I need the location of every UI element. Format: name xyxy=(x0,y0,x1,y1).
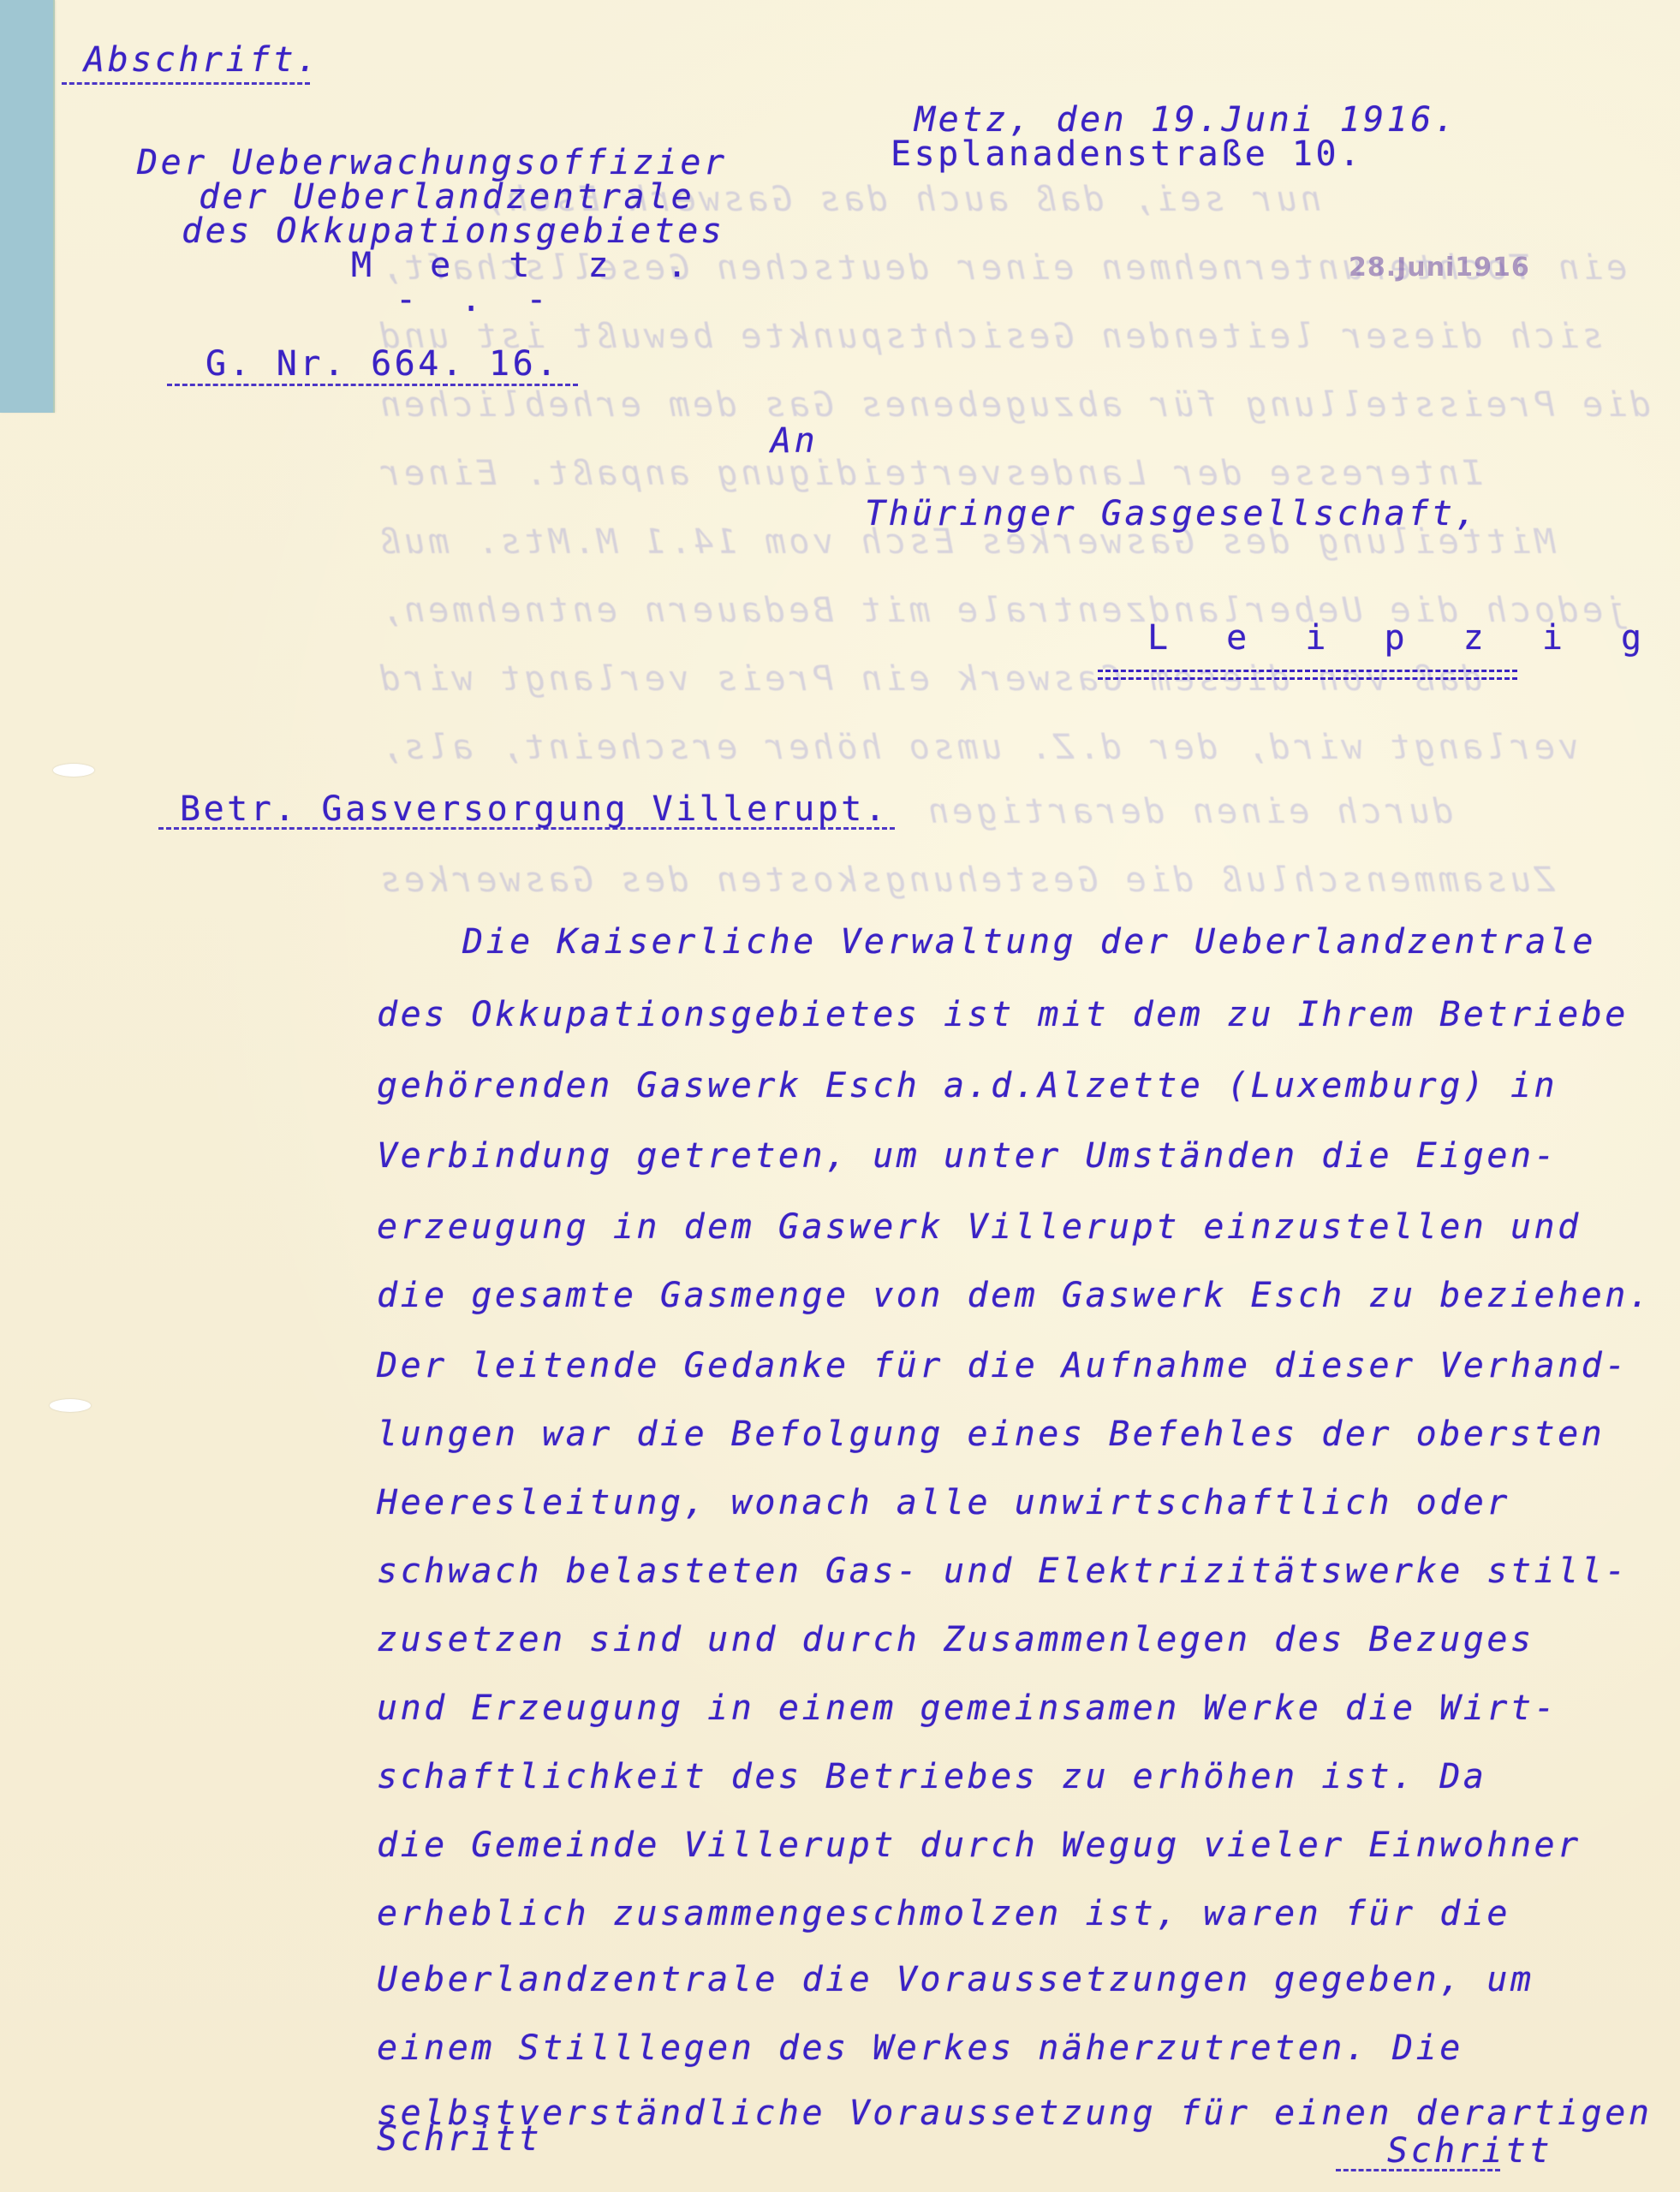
body-line: zusetzen sind und durch Zusammenlegen de… xyxy=(377,1623,1534,1657)
body-line: des Okkupationsgebietes ist mit dem zu I… xyxy=(377,998,1629,1032)
body-line: erzeugung in dem Gaswerk Villerupt einzu… xyxy=(377,1210,1582,1244)
body-line: Die Kaiserliche Verwaltung der Ueberland… xyxy=(462,925,1596,959)
body-line: gehörenden Gaswerk Esch a.d.Alzette (Lux… xyxy=(377,1069,1558,1103)
body-line: schwach belasteten Gas- und Elektrizität… xyxy=(377,1554,1629,1588)
sender-line-3: des Okkupationsgebietes xyxy=(182,214,724,248)
bleed-line: sich dieser leitenden Gesichtspunkte bew… xyxy=(377,317,1603,356)
body-line: Ueberlandzentrale die Voraussetzungen ge… xyxy=(377,1963,1534,1997)
bleed-line: die Preisstellung für abzugebenes Gas de… xyxy=(377,385,1651,425)
subject-line: Betr. Gasversorgung Villerupt. xyxy=(180,792,888,826)
body-line: erheblich zusammengeschmolzen ist, waren… xyxy=(377,1897,1510,1931)
sender-line-1: Der Ueberwachungsoffizier xyxy=(137,146,728,180)
address: Esplanadenstraße 10. xyxy=(891,137,1363,171)
bleed-line: Interesse der Landesverteidigung anpaßt.… xyxy=(377,454,1483,493)
bleed-line: verlangt wird, der d.Z. umso höher ersch… xyxy=(377,728,1579,767)
place-date: Metz, den 19.Juni 1916. xyxy=(914,103,1457,137)
body-line: lungen war die Befolgung eines Befehles … xyxy=(377,1417,1605,1451)
body-line: die gesamte Gasmenge von dem Gaswerk Esc… xyxy=(377,1278,1652,1313)
catchword-underline xyxy=(1336,2169,1500,2171)
reference-underline xyxy=(167,384,578,386)
sender-separator: - . - xyxy=(396,283,558,317)
punch-hole-top xyxy=(53,764,94,777)
body-line: Verbindung getreten, um unter Umständen … xyxy=(377,1139,1558,1173)
body-line: schaftlichkeit des Betriebes zu erhöhen … xyxy=(377,1760,1486,1794)
recipient-city-double-underline xyxy=(1098,670,1517,680)
recipient-city: L e i p z i g . xyxy=(1147,621,1680,655)
body-line: Heeresleitung, wonach alle unwirtschaftl… xyxy=(377,1486,1510,1520)
sender-line-2: der Ueberlandzentrale xyxy=(199,180,694,214)
body-line: die Gemeinde Villerupt durch Wegug viele… xyxy=(377,1828,1582,1862)
copy-label-underline xyxy=(62,82,310,85)
recipient-prefix: An xyxy=(771,424,818,458)
overstruck-word: Schritt xyxy=(377,2122,542,2156)
catchword: Schritt xyxy=(1387,2134,1552,2168)
blue-folder-tab xyxy=(0,0,55,413)
sender-city: M e t z . xyxy=(351,248,706,283)
recipient-name: Thüringer Gasgesellschaft, xyxy=(865,497,1479,531)
bleed-line: durch einen derartigen xyxy=(925,792,1454,831)
body-line: und Erzeugung in einem gemeinsamen Werke… xyxy=(377,1691,1558,1725)
body-line: einem Stilllegen des Werkes näherzutrete… xyxy=(377,2031,1463,2065)
body-line: Der leitende Gedanke für die Aufnahme di… xyxy=(377,1349,1629,1383)
copy-label: Abschrift. xyxy=(84,43,320,77)
bleed-line: Zusammenschluß die Gestehungskosten des … xyxy=(377,861,1555,900)
punch-hole-bottom xyxy=(50,1399,91,1412)
reference-number: G. Nr. 664. 16. xyxy=(206,347,560,381)
subject-underline xyxy=(158,827,895,830)
received-date-stamp: 28.Juni1916 xyxy=(1349,253,1530,283)
body-line: selbstverständliche Voraussetzung für ei… xyxy=(377,2096,1652,2130)
